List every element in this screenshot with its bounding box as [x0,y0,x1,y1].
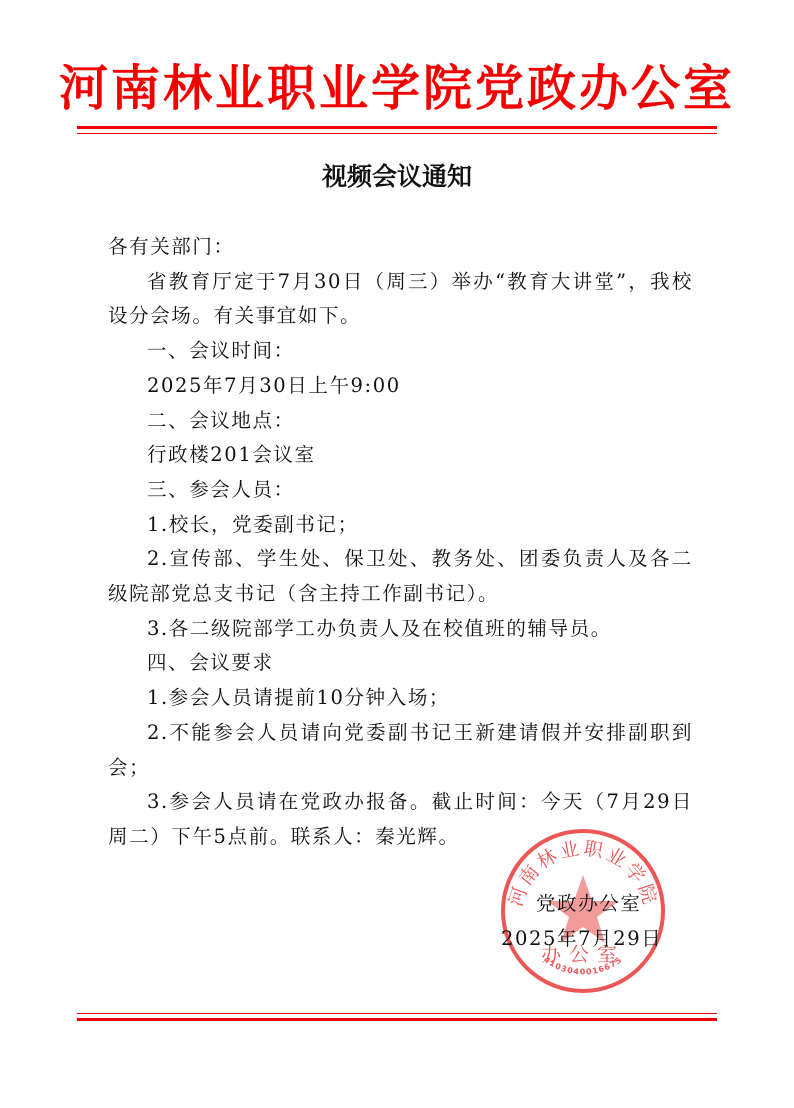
attendee-item-1: 1.校长，党委副书记； [108,508,693,543]
section-heading-time: 一、会议时间： [108,334,693,369]
meeting-location: 行政楼201会议室 [108,438,693,473]
signature-issuer: 党政办公室 [536,887,642,921]
salutation: 各有关部门： [108,230,693,265]
requirement-item-1: 1.参会人员请提前10分钟入场； [108,681,693,716]
header-rule-thin [77,133,717,134]
section-heading-requirements: 四、会议要求 [108,646,693,681]
requirement-item-2: 2.不能参会人员请向党委副书记王新建请假并安排副职到会； [108,716,693,785]
signature-date: 2025年7月29日 [501,922,662,956]
attendee-item-2: 2.宣传部、学生处、保卫处、教务处、团委负责人及各二级院部党总支书记（含主持工作… [108,542,693,611]
paragraph-intro: 省教育厅定于7月30日（周三）举办“教育大讲堂”，我校设分会场。有关事宜如下。 [108,265,693,334]
document-body: 各有关部门： 省教育厅定于7月30日（周三）举办“教育大讲堂”，我校设分会场。有… [108,230,693,855]
section-heading-location: 二、会议地点： [108,404,693,439]
footer-rule-thin [77,1013,717,1014]
attendee-item-3: 3.各二级院部学工办负责人及在校值班的辅导员。 [108,612,693,647]
meeting-time: 2025年7月30日上午9:00 [108,369,693,404]
letterhead-title: 河南林业职业学院党政办公室 [0,58,794,118]
footer-rule-thick [77,1018,717,1021]
document-title: 视频会议通知 [0,160,794,194]
header-rule-thick [77,126,717,129]
section-heading-attendees: 三、参会人员： [108,473,693,508]
